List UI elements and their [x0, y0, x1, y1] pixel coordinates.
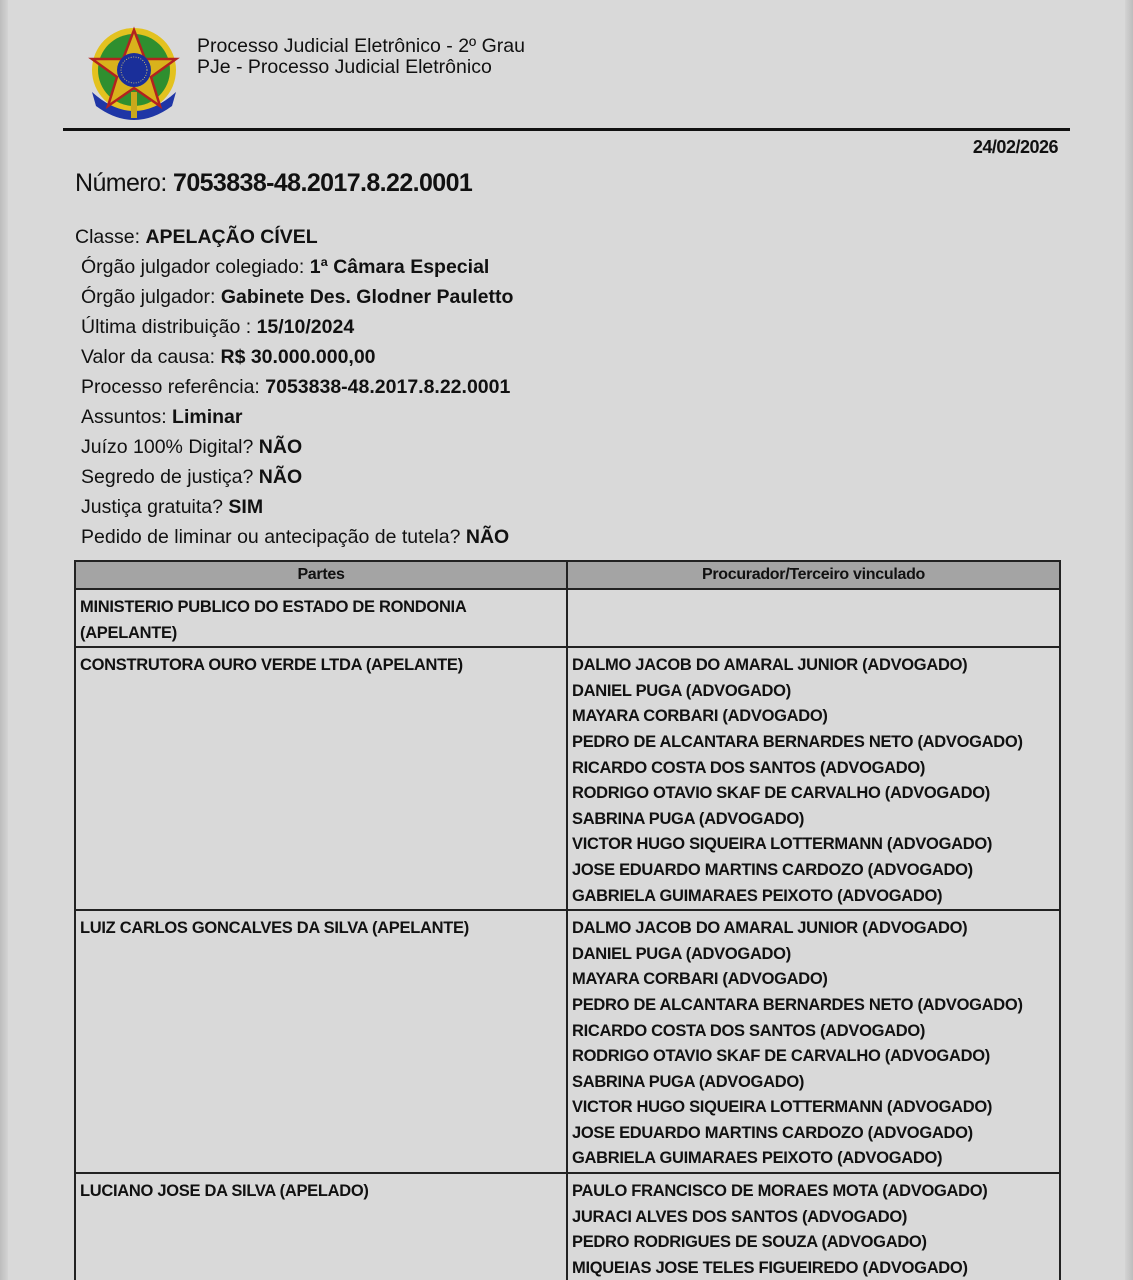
procurador-item: JOSE EDUARDO MARTINS CARDOZO (ADVOGADO): [572, 1121, 1055, 1147]
detail-field: Juízo 100% Digital? NÃO: [81, 435, 302, 459]
detail-value: Liminar: [172, 406, 242, 428]
procurador-item: PEDRO DE ALCANTARA BERNARDES NETO (ADVOG…: [572, 730, 1055, 756]
document-header: Processo Judicial Eletrônico - 2º Grau P…: [88, 26, 1068, 126]
procurador-item: DALMO JACOB DO AMARAL JUNIOR (ADVOGADO): [572, 653, 1055, 679]
procurador-item: VICTOR HUGO SIQUEIRA LOTTERMANN (ADVOGAD…: [572, 832, 1055, 858]
parte-cell: CONSTRUTORA OURO VERDE LTDA (APELANTE): [75, 647, 567, 910]
detail-label: Assuntos:: [81, 406, 172, 428]
procurador-item: RODRIGO OTAVIO SKAF DE CARVALHO (ADVOGAD…: [572, 781, 1055, 807]
detail-value: SIM: [228, 496, 263, 518]
detail-label: Classe:: [75, 226, 145, 248]
detail-label: Órgão julgador colegiado:: [81, 256, 310, 278]
procurador-item: RODRIGO OTAVIO SKAF DE CARVALHO (ADVOGAD…: [572, 1044, 1055, 1070]
detail-field: Pedido de liminar ou antecipação de tute…: [81, 525, 509, 549]
parte-cell: LUIZ CARLOS GONCALVES DA SILVA (APELANTE…: [75, 910, 567, 1173]
procurador-item: RICARDO COSTA DOS SANTOS (ADVOGADO): [572, 756, 1055, 782]
procurador-item: SABRINA PUGA (ADVOGADO): [572, 1070, 1055, 1096]
parte-cell: LUCIANO JOSE DA SILVA (APELADO): [75, 1173, 567, 1280]
detail-field: Justiça gratuita? SIM: [81, 495, 263, 519]
procuradores-cell: DALMO JACOB DO AMARAL JUNIOR (ADVOGADO)D…: [567, 910, 1060, 1173]
procurador-item: DANIEL PUGA (ADVOGADO): [572, 942, 1055, 968]
detail-label: Juízo 100% Digital?: [81, 436, 259, 458]
process-number-label: Número:: [75, 169, 173, 197]
procurador-item: PAULO FRANCISCO DE MORAES MOTA (ADVOGADO…: [572, 1179, 1055, 1205]
detail-field: Valor da causa: R$ 30.000.000,00: [81, 345, 376, 369]
system-title: Processo Judicial Eletrônico - 2º Grau: [197, 36, 525, 57]
procuradores-cell: [567, 589, 1060, 647]
procurador-item: SABRINA PUGA (ADVOGADO): [572, 807, 1055, 833]
table-header-row: Partes Procurador/Terceiro vinculado: [75, 561, 1060, 589]
detail-label: Última distribuição :: [81, 316, 257, 338]
detail-value: Gabinete Des. Glodner Pauletto: [221, 286, 514, 308]
procuradores-cell: DALMO JACOB DO AMARAL JUNIOR (ADVOGADO)D…: [567, 647, 1060, 910]
table-row: LUIZ CARLOS GONCALVES DA SILVA (APELANTE…: [75, 910, 1060, 1173]
detail-value: 7053838-48.2017.8.22.0001: [265, 376, 510, 398]
page-edge-left: [0, 0, 8, 1280]
procurador-item: GABRIELA GUIMARAES PEIXOTO (ADVOGADO): [572, 884, 1055, 910]
detail-field: Última distribuição : 15/10/2024: [81, 315, 354, 339]
procurador-item: PEDRO DE ALCANTARA BERNARDES NETO (ADVOG…: [572, 993, 1055, 1019]
process-number: Número: 7053838-48.2017.8.22.0001: [75, 169, 472, 198]
procurador-item: GABRIELA GUIMARAES PEIXOTO (ADVOGADO): [572, 1146, 1055, 1172]
procurador-item: JOSE EDUARDO MARTINS CARDOZO (ADVOGADO): [572, 858, 1055, 884]
table-row: LUCIANO JOSE DA SILVA (APELADO)PAULO FRA…: [75, 1173, 1060, 1280]
system-subtitle: PJe - Processo Judicial Eletrônico: [197, 57, 525, 78]
procurador-item: RICARDO COSTA DOS SANTOS (ADVOGADO): [572, 1019, 1055, 1045]
detail-value: NÃO: [259, 466, 302, 488]
procurador-item: MIQUEIAS JOSE TELES FIGUEIREDO (ADVOGADO…: [572, 1256, 1055, 1280]
document-date: 24/02/2026: [973, 137, 1058, 158]
procurador-item: DALMO JACOB DO AMARAL JUNIOR (ADVOGADO): [572, 916, 1055, 942]
detail-value: 15/10/2024: [257, 316, 355, 338]
parties-table: Partes Procurador/Terceiro vinculado MIN…: [74, 560, 1061, 1280]
table-row: CONSTRUTORA OURO VERDE LTDA (APELANTE)DA…: [75, 647, 1060, 910]
column-header-partes: Partes: [75, 561, 567, 589]
process-number-value: 7053838-48.2017.8.22.0001: [173, 169, 472, 197]
procurador-item: DANIEL PUGA (ADVOGADO): [572, 679, 1055, 705]
detail-field: Processo referência: 7053838-48.2017.8.2…: [81, 375, 510, 399]
header-titles: Processo Judicial Eletrônico - 2º Grau P…: [197, 36, 525, 78]
procurador-item: MAYARA CORBARI (ADVOGADO): [572, 704, 1055, 730]
detail-value: 1ª Câmara Especial: [310, 256, 490, 278]
detail-field: Órgão julgador colegiado: 1ª Câmara Espe…: [81, 255, 489, 279]
detail-field: Segredo de justiça? NÃO: [81, 465, 302, 489]
detail-label: Valor da causa:: [81, 346, 220, 368]
column-header-procurador: Procurador/Terceiro vinculado: [567, 561, 1060, 589]
procurador-item: JURACI ALVES DOS SANTOS (ADVOGADO): [572, 1205, 1055, 1231]
detail-label: Segredo de justiça?: [81, 466, 259, 488]
brasao-emblem-icon: [88, 26, 180, 124]
detail-value: APELAÇÃO CÍVEL: [145, 226, 317, 248]
detail-label: Justiça gratuita?: [81, 496, 228, 518]
detail-value: NÃO: [259, 436, 302, 458]
procurador-item: PEDRO RODRIGUES DE SOUZA (ADVOGADO): [572, 1230, 1055, 1256]
detail-label: Órgão julgador:: [81, 286, 221, 308]
detail-label: Processo referência:: [81, 376, 265, 398]
detail-field: Classe: APELAÇÃO CÍVEL: [75, 225, 318, 249]
detail-value: NÃO: [466, 526, 509, 548]
detail-field: Assuntos: Liminar: [81, 405, 242, 429]
table-row: MINISTERIO PUBLICO DO ESTADO DE RONDONIA…: [75, 589, 1060, 647]
procurador-item: VICTOR HUGO SIQUEIRA LOTTERMANN (ADVOGAD…: [572, 1095, 1055, 1121]
detail-field: Órgão julgador: Gabinete Des. Glodner Pa…: [81, 285, 513, 309]
procurador-item: MAYARA CORBARI (ADVOGADO): [572, 967, 1055, 993]
page-edge-right: [1125, 0, 1133, 1280]
detail-label: Pedido de liminar ou antecipação de tute…: [81, 526, 466, 548]
header-divider: [63, 128, 1070, 131]
procuradores-cell: PAULO FRANCISCO DE MORAES MOTA (ADVOGADO…: [567, 1173, 1060, 1280]
parte-cell: MINISTERIO PUBLICO DO ESTADO DE RONDONIA…: [75, 589, 567, 647]
detail-value: R$ 30.000.000,00: [220, 346, 375, 368]
